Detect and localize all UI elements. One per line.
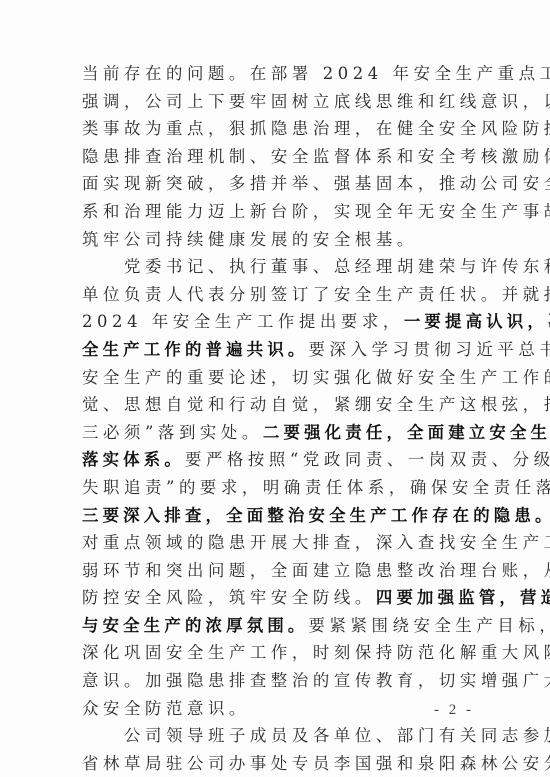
text-line: 2024 年安全生产工作提出要求，一要提高认识，凝聚抓好安 xyxy=(82,308,468,336)
bold-text-segment: 一要提高认识，凝聚抓好安 xyxy=(404,312,550,331)
text-segment: 意识。加强隐患排查整治的宣传教育，切实增强广大职工群 xyxy=(82,671,550,690)
text-segment: 防控安全风险，筑牢安全防线。 xyxy=(82,588,376,607)
text-line: 落实体系。要严格按照“党政同责、一岗双责、分级负责、 xyxy=(82,446,468,474)
text-line: 三必须”落到实处。二要强化责任，全面建立安全生产责任 xyxy=(82,419,468,447)
text-line: 省林草局驻公司办事处专员李国强和泉阳森林公安分局局 xyxy=(82,750,468,777)
text-line: 意识。加强隐患排查整治的宣传教育，切实增强广大职工群 xyxy=(82,667,468,695)
bold-text-segment: 落实体系。 xyxy=(82,450,185,469)
text-segment: 面实现新突破，多措并举、强基固本，推动公司安全治理体 xyxy=(82,174,550,193)
text-segment: 对重点领域的隐患开展大排查，深入查找安全生产工作的薄 xyxy=(82,533,550,552)
text-segment: 类事故为重点，狠抓隐患治理，在健全安全风险防控机制、 xyxy=(82,119,550,138)
text-line: 觉、思想自觉和行动自觉，紧绷安全生产这根弦，把“三管 xyxy=(82,391,468,419)
text-line: 类事故为重点，狠抓隐患治理，在健全安全风险防控机制、 xyxy=(82,115,468,143)
text-line: 筑牢公司持续健康发展的安全根基。 xyxy=(82,226,468,254)
text-line: 全生产工作的普遍共识。要深入学习贯彻习近平总书记关于 xyxy=(82,336,468,364)
text-segment: 公司领导班子成员及各单位、部门有关同志参加会议， xyxy=(124,726,550,745)
text-line: 党委书记、执行董事、总经理胡建荣与许传东和各基层 xyxy=(82,253,468,281)
text-line: 强调，公司上下要牢固树立底线思维和红线意识，以防范各 xyxy=(82,88,468,116)
text-line: 失职追责”的要求，明确责任体系，确保安全责任落实到位。 xyxy=(82,474,468,502)
text-line: 单位负责人代表分别签订了安全生产责任状。并就扎实开展 xyxy=(82,281,468,309)
bold-text-segment: 四要加强监管，营造全员参 xyxy=(376,588,550,607)
text-segment: 当前存在的问题。在部署 2024 年安全生产重点工作时，他 xyxy=(82,64,550,83)
text-line: 深化巩固安全生产工作，时刻保持防范化解重大风险的忧患 xyxy=(82,639,468,667)
text-line: 众安全防范意识。 xyxy=(82,695,468,723)
bold-text-segment: 与安全生产的浓厚氛围。 xyxy=(82,616,309,635)
text-segment: 深化巩固安全生产工作，时刻保持防范化解重大风险的忧患 xyxy=(82,643,550,662)
text-line: 公司领导班子成员及各单位、部门有关同志参加会议， xyxy=(82,722,468,750)
text-line: 安全生产的重要论述，切实强化做好安全生产工作的政治自 xyxy=(82,364,468,392)
text-segment: 2024 年安全生产工作提出要求， xyxy=(82,312,404,331)
bold-text-segment: 三要深入排查，全面整治安全生产工作存在的隐患。 xyxy=(82,506,550,525)
text-line: 面实现新突破，多措并举、强基固本，推动公司安全治理体 xyxy=(82,170,468,198)
text-segment: 要深入学习贯彻习近平总书记关于 xyxy=(309,340,550,359)
text-segment: 省林草局驻公司办事处专员李国强和泉阳森林公安分局局 xyxy=(82,754,550,773)
text-segment: 党委书记、执行董事、总经理胡建荣与许传东和各基层 xyxy=(124,257,550,276)
text-segment: 三必须”落到实处。 xyxy=(82,423,263,442)
text-segment: 安全生产的重要论述，切实强化做好安全生产工作的政治自 xyxy=(82,368,550,387)
text-line: 防控安全风险，筑牢安全防线。四要加强监管，营造全员参 xyxy=(82,584,468,612)
text-segment: 众安全防范意识。 xyxy=(82,699,250,718)
text-segment: 觉、思想自觉和行动自觉，紧绷安全生产这根弦，把“三管 xyxy=(82,395,550,414)
text-line: 与安全生产的浓厚氛围。要紧紧围绕安全生产目标，进一步 xyxy=(82,612,468,640)
bold-text-segment: 二要强化责任，全面建立安全生产责任 xyxy=(263,423,550,442)
text-segment: 筑牢公司持续健康发展的安全根基。 xyxy=(82,230,418,249)
text-segment: 要严格按照“党政同责、一岗双责、分级负责、 xyxy=(185,450,550,469)
text-line: 弱环节和突出问题，全面建立隐患整改治理台账，从源头上 xyxy=(82,557,468,585)
text-segment: 弱环节和突出问题，全面建立隐患整改治理台账，从源头上 xyxy=(82,561,550,580)
text-line: 系和治理能力迈上新台阶，实现全年无安全生产事故目标， xyxy=(82,198,468,226)
bold-text-segment: 全生产工作的普遍共识。 xyxy=(82,340,309,359)
text-segment: 单位负责人代表分别签订了安全生产责任状。并就扎实开展 xyxy=(82,285,550,304)
page-number: - 2 - xyxy=(434,702,474,719)
text-segment: 隐患排查治理机制、安全监督体系和安全考核激励体系等方 xyxy=(82,147,550,166)
text-segment: 强调，公司上下要牢固树立底线思维和红线意识，以防范各 xyxy=(82,92,550,111)
text-segment: 系和治理能力迈上新台阶，实现全年无安全生产事故目标， xyxy=(82,202,550,221)
text-segment: 失职追责”的要求，明确责任体系，确保安全责任落实到位。 xyxy=(82,478,550,497)
text-segment: 要紧紧围绕安全生产目标，进一步 xyxy=(309,616,550,635)
text-line: 当前存在的问题。在部署 2024 年安全生产重点工作时，他 xyxy=(82,60,468,88)
document-page: 当前存在的问题。在部署 2024 年安全生产重点工作时，他强调，公司上下要牢固树… xyxy=(0,0,550,777)
text-line: 三要深入排查，全面整治安全生产工作存在的隐患。要强化 xyxy=(82,502,468,530)
document-body: 当前存在的问题。在部署 2024 年安全生产重点工作时，他强调，公司上下要牢固树… xyxy=(82,60,468,777)
text-line: 隐患排查治理机制、安全监督体系和安全考核激励体系等方 xyxy=(82,143,468,171)
text-line: 对重点领域的隐患开展大排查，深入查找安全生产工作的薄 xyxy=(82,529,468,557)
